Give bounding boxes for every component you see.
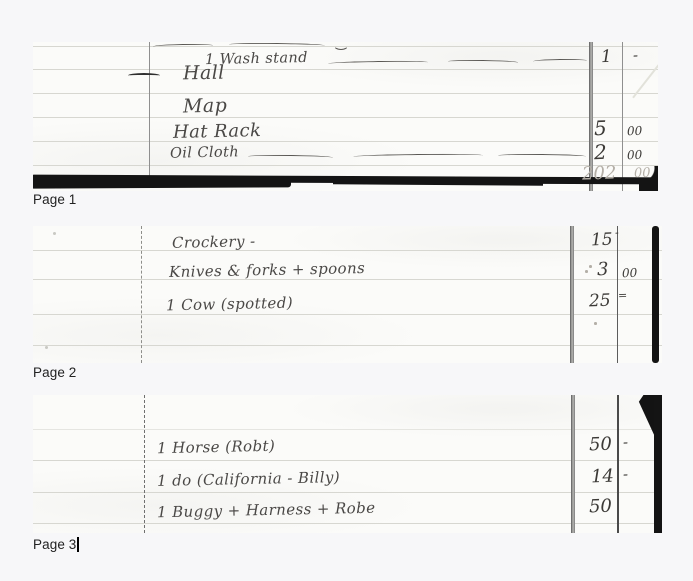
margin-column-line [141, 226, 142, 363]
ledger-item-text: 1 do (California - Billy) [157, 468, 340, 490]
scan-edge [33, 179, 291, 188]
ledger-amount: 1 [601, 47, 613, 67]
ledger-amount: 50 [589, 434, 613, 456]
stray-mark [594, 322, 597, 325]
ledger-amount: 50 [589, 496, 613, 518]
page-caption-1[interactable]: Page 1 [33, 192, 76, 207]
ruled-line [33, 460, 662, 461]
document-canvas: 1 Wash stand 1 - Hall Map Hat Rack 5 00 … [0, 0, 693, 581]
ruled-line [33, 345, 662, 346]
scan-speck [53, 232, 56, 235]
ledger-cents: 00 [622, 266, 638, 281]
ledger-amount: 3 [597, 259, 609, 280]
ruled-line [33, 141, 658, 142]
ledger-item-text: Crockery - [172, 232, 256, 252]
paper-texture [33, 226, 662, 363]
text-cursor [77, 537, 79, 552]
ledger-cents: 00 [627, 124, 643, 139]
stray-mark [589, 265, 592, 268]
ledger-item-text: 1 Horse (Robt) [157, 437, 276, 457]
ledger-amount: 25 [589, 291, 611, 312]
ledger-item-text: 1 Cow (spotted) [166, 294, 293, 315]
ledger-item-text: Oil Cloth [170, 144, 239, 161]
ledger-amount: 5 [594, 116, 608, 140]
scan-speck [45, 346, 48, 349]
handwritten-stroke [600, 526, 616, 533]
ledger-cents: 00 [627, 148, 643, 163]
ruled-line [33, 93, 658, 94]
ledger-amount: 2 [594, 140, 608, 164]
scan-image-page-2[interactable]: Crockery - 15 - Knives & forks + spoons … [33, 226, 662, 363]
ledger-item-text: Hall [183, 62, 225, 85]
ledger-cents: - [623, 465, 629, 483]
page-caption-text: Page 1 [33, 192, 76, 207]
scan-image-page-3[interactable]: 1 Horse (Robt) 50 - 1 do (California - B… [33, 395, 662, 533]
ruled-line [33, 165, 658, 166]
ruled-line [33, 69, 658, 70]
cents-column-line [622, 42, 623, 191]
page-caption-3[interactable]: Page 3 [33, 537, 79, 552]
cents-column-line [617, 395, 619, 533]
scan-edge [654, 395, 662, 533]
ruled-line [33, 429, 662, 430]
ruled-line [33, 279, 662, 280]
ruled-line [33, 250, 662, 251]
ledger-item-text: Hat Rack [173, 120, 262, 143]
ledger-amount: 14 [591, 466, 615, 488]
ruled-line [33, 523, 662, 524]
scan-edge [652, 226, 659, 363]
ledger-cents: - [633, 46, 639, 64]
ledger-cents: - [615, 226, 619, 239]
money-column-line [570, 226, 574, 363]
margin-column-line [144, 395, 145, 533]
ruled-line [33, 117, 658, 118]
ledger-total-cents: 00 [634, 166, 651, 182]
money-column-line [571, 395, 575, 533]
page-caption-text: Page 3 [33, 537, 76, 552]
ruled-line [33, 314, 662, 315]
margin-check-mark [128, 73, 160, 78]
ledger-cents: = [618, 289, 628, 302]
ledger-cents: - [623, 433, 629, 451]
ledger-item-text: Map [183, 95, 228, 118]
stray-mark [585, 270, 588, 273]
ledger-total-amount: 202 [582, 162, 617, 184]
scan-image-page-1[interactable]: 1 Wash stand 1 - Hall Map Hat Rack 5 00 … [33, 42, 658, 191]
ruled-line [33, 492, 662, 493]
ledger-amount: 15 [591, 230, 613, 251]
page-caption-2[interactable]: Page 2 [33, 365, 76, 380]
page-caption-text: Page 2 [33, 365, 76, 380]
margin-column-line [149, 42, 150, 183]
